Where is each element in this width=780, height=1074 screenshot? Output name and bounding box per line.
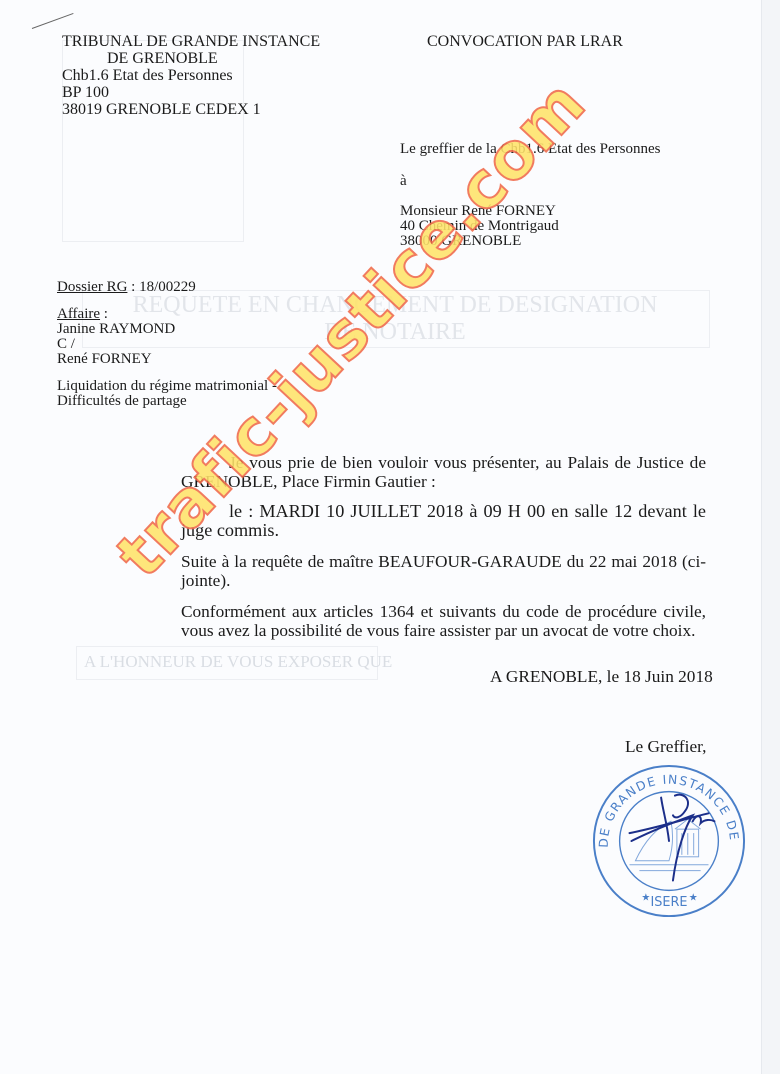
po-box: BP 100 [62,84,109,102]
court-seal-stamp: TRIBUNAL DE GRANDE INSTANCE DE GRENOBLE … [590,762,748,920]
svg-text:★: ★ [641,892,650,903]
to-word: à [400,173,407,190]
place-date: A GRENOBLE, le 18 Juin 2018 [490,667,713,687]
svg-text:★: ★ [689,892,698,903]
signatory-title: Le Greffier, [625,737,707,757]
seal-icon: TRIBUNAL DE GRANDE INSTANCE DE GRENOBLE … [590,762,748,920]
dossier-line: Dossier RG : 18/00229 [57,279,196,296]
affaire-label: Affaire [57,306,100,322]
chamber-name: Chb1.6 Etat des Personnes [62,67,233,85]
postal-address: 38019 GRENOBLE CEDEX 1 [62,101,261,119]
court-name-line2: DE GRENOBLE [107,50,218,68]
pen-mark [32,13,74,29]
document-type: CONVOCATION PAR LRAR [427,33,623,51]
paragraph-legal-assistance: Conformément aux articles 1364 et suivan… [181,602,706,640]
page-edge [761,0,780,1074]
dossier-number: 18/00229 [139,279,196,295]
document-page: REQUETE EN CHANGEMENT DE DESIGNATION DE … [0,0,780,1074]
party-defendant: René FORNEY [57,351,152,368]
case-subject-line2: Difficultés de partage [57,393,187,410]
dossier-sep: : [127,279,139,295]
affaire-sep: : [100,306,108,322]
paragraph-hearing-date: le : MARDI 10 JUILLET 2018 à 09 H 00 en … [181,502,706,540]
svg-text:ISERE: ISERE [650,895,687,910]
dossier-label: Dossier RG [57,279,127,295]
court-name-line1: TRIBUNAL DE GRANDE INSTANCE [62,33,320,51]
bleed-through-heading: A L'HONNEUR DE VOUS EXPOSER QUE [84,652,392,672]
paragraph-request: Suite à la requête de maître BEAUFOUR-GA… [181,552,706,590]
